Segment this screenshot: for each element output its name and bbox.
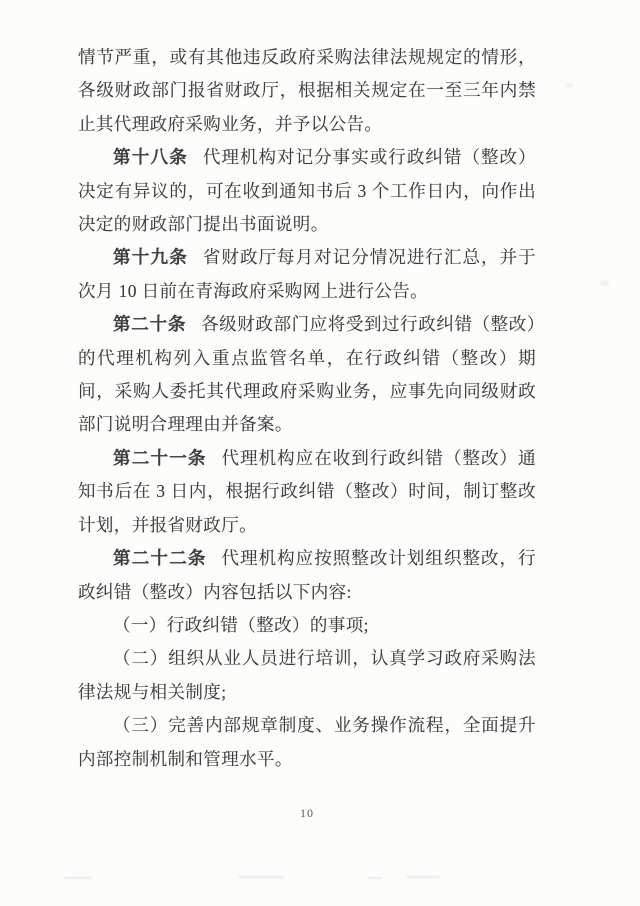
list-item-3: （三）完善内部规章制度、业务操作流程，全面提升内部控制机制和管理水平。 <box>78 709 536 776</box>
article-20-heading: 第二十条 <box>113 314 186 334</box>
article-22-paragraph: 第二十二条代理机构应按照整改计划组织整改，行政纠错（整改）内容包括以下内容: <box>78 542 536 609</box>
article-18-heading: 第十八条 <box>113 147 188 167</box>
article-19-paragraph: 第十九条省财政厅每月对记分情况进行汇总，并于次月 10 日前在青海政府采购网上进… <box>78 241 536 308</box>
document-body: 情节严重，或有其他违反政府采购法律法规规定的情形，各级财政部门报省财政厅，根据相… <box>78 41 536 776</box>
scan-artifact <box>566 83 573 87</box>
scan-artifact <box>406 876 440 878</box>
article-20-paragraph: 第二十条各级财政部门应将受到过行政纠错（整改）的代理机构列入重点监管名单，在行政… <box>78 308 536 442</box>
scan-artifact <box>238 876 284 878</box>
list-item-1: （一）行政纠错（整改）的事项; <box>78 609 536 642</box>
paragraph-continuation: 情节严重，或有其他违反政府采购法律法规规定的情形，各级财政部门报省财政厅，根据相… <box>78 41 536 141</box>
article-22-heading: 第二十二条 <box>113 548 207 568</box>
article-18-paragraph: 第十八条代理机构对记分事实或行政纠错（整改）决定有异议的，可在收到通知书后 3 … <box>78 141 536 241</box>
scan-artifact <box>600 280 609 286</box>
article-21-heading: 第二十一条 <box>113 448 207 468</box>
document-page: 情节严重，或有其他违反政府采购法律法规规定的情形，各级财政部门报省财政厅，根据相… <box>0 0 640 906</box>
list-item-2: （二）组织从业人员进行培训，认真学习政府采购法律法规与相关制度; <box>78 642 536 709</box>
page-number: 10 <box>78 806 536 821</box>
scan-artifact <box>64 877 92 879</box>
scan-artifact <box>368 877 382 879</box>
article-21-paragraph: 第二十一条代理机构应在收到行政纠错（整改）通知书后在 3 日内，根据行政纠错（整… <box>78 442 536 542</box>
article-19-heading: 第十九条 <box>113 247 188 267</box>
